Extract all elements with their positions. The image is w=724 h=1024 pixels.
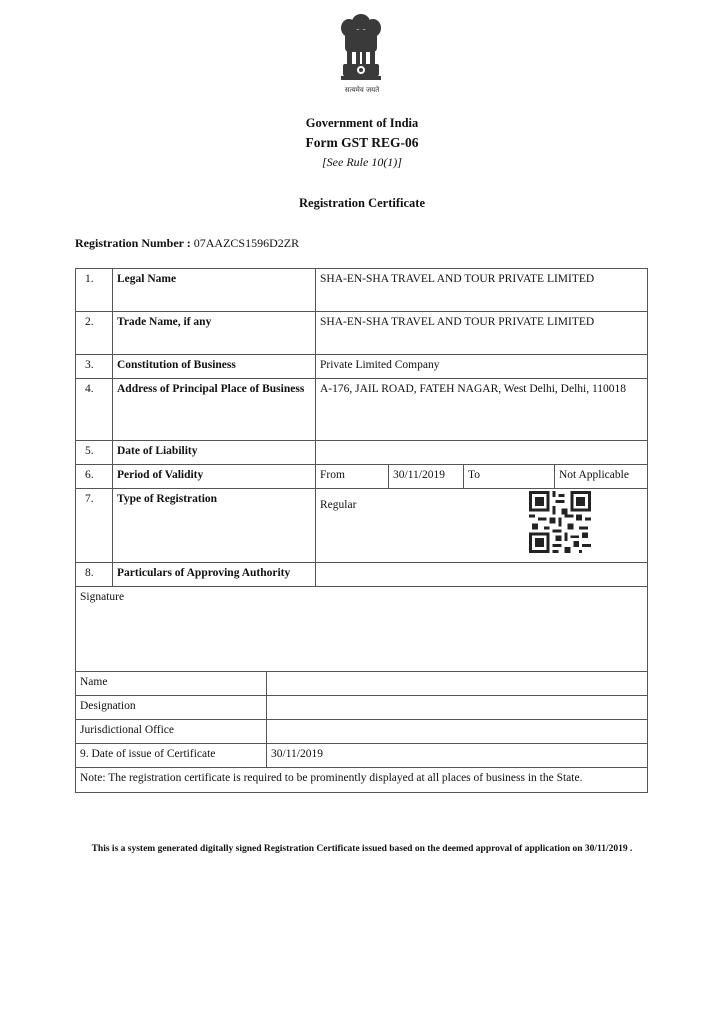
national-emblem-icon	[335, 10, 387, 90]
row-number: 5.	[76, 441, 113, 465]
table-row: 3. Constitution of Business Private Limi…	[76, 355, 648, 379]
legal-name-value: SHA-EN-SHA TRAVEL AND TOUR PRIVATE LIMIT…	[316, 269, 648, 312]
table-row: Designation	[76, 696, 648, 720]
table-row: Signature	[76, 587, 648, 672]
address-value: A-176, JAIL ROAD, FATEH NAGAR, West Delh…	[316, 379, 648, 441]
form-title: Form GST REG-06	[0, 135, 724, 151]
table-row: 9. Date of issue of Certificate 30/11/20…	[76, 744, 648, 768]
table-row: Note: The registration certificate is re…	[76, 768, 648, 793]
row-label: Legal Name	[113, 269, 316, 312]
row-number: 2.	[76, 312, 113, 355]
constitution-value: Private Limited Company	[316, 355, 648, 379]
row-label: Particulars of Approving Authority	[113, 563, 316, 587]
jurisdictional-office-label: Jurisdictional Office	[76, 720, 267, 744]
table-row: Jurisdictional Office	[76, 720, 648, 744]
registration-number-label: Registration Number :	[75, 236, 191, 250]
table-row: 2. Trade Name, if any SHA-EN-SHA TRAVEL …	[76, 312, 648, 355]
registration-type-value: Regular	[320, 499, 356, 511]
row-label: Address of Principal Place of Business	[113, 379, 316, 441]
row-number: 3.	[76, 355, 113, 379]
certificate-title: Registration Certificate	[0, 196, 724, 211]
validity-from-label: From	[316, 465, 389, 489]
designation-label: Designation	[76, 696, 267, 720]
issue-date-value: 30/11/2019	[267, 744, 648, 768]
table-row: 4. Address of Principal Place of Busines…	[76, 379, 648, 441]
registration-type-cell: Regular	[316, 489, 648, 563]
validity-to-label: To	[464, 465, 555, 489]
qr-code-icon	[529, 491, 591, 553]
row-number: 8.	[76, 563, 113, 587]
liability-date-value	[316, 441, 648, 465]
row-number: 4.	[76, 379, 113, 441]
table-row: 1. Legal Name SHA-EN-SHA TRAVEL AND TOUR…	[76, 269, 648, 312]
registration-number: 07AAZCS1596D2ZR	[194, 236, 299, 250]
row-label: Date of Liability	[113, 441, 316, 465]
table-row: Name	[76, 672, 648, 696]
row-label: Trade Name, if any	[113, 312, 316, 355]
name-value	[267, 672, 648, 696]
registration-number-line: Registration Number : 07AAZCS1596D2ZR	[75, 236, 299, 251]
trade-name-value: SHA-EN-SHA TRAVEL AND TOUR PRIVATE LIMIT…	[316, 312, 648, 355]
table-row: 8. Particulars of Approving Authority	[76, 563, 648, 587]
row-number: 6.	[76, 465, 113, 489]
validity-to-date: Not Applicable	[555, 465, 648, 489]
row-label: Type of Registration	[113, 489, 316, 563]
name-label: Name	[76, 672, 267, 696]
signature-label: Signature	[76, 587, 648, 672]
footer-note: This is a system generated digitally sig…	[0, 844, 724, 854]
issue-date-label: 9. Date of issue of Certificate	[76, 744, 267, 768]
government-title: Government of India	[0, 116, 724, 131]
row-label: Period of Validity	[113, 465, 316, 489]
row-number: 7.	[76, 489, 113, 563]
row-number: 1.	[76, 269, 113, 312]
authority-table: Signature Name Designation Jurisdictiona…	[75, 586, 648, 793]
table-row: 7. Type of Registration Regular	[76, 489, 648, 563]
details-table: 1. Legal Name SHA-EN-SHA TRAVEL AND TOUR…	[75, 268, 648, 587]
emblem-motto: सत्यमेव जयते	[329, 86, 395, 95]
approving-authority-value	[316, 563, 648, 587]
jurisdictional-office-value	[267, 720, 648, 744]
row-label: Constitution of Business	[113, 355, 316, 379]
display-note: Note: The registration certificate is re…	[76, 768, 648, 793]
validity-from-date: 30/11/2019	[389, 465, 464, 489]
rule-reference: [See Rule 10(1)]	[0, 155, 724, 170]
table-row: 5. Date of Liability	[76, 441, 648, 465]
table-row: 6. Period of Validity From 30/11/2019 To…	[76, 465, 648, 489]
designation-value	[267, 696, 648, 720]
